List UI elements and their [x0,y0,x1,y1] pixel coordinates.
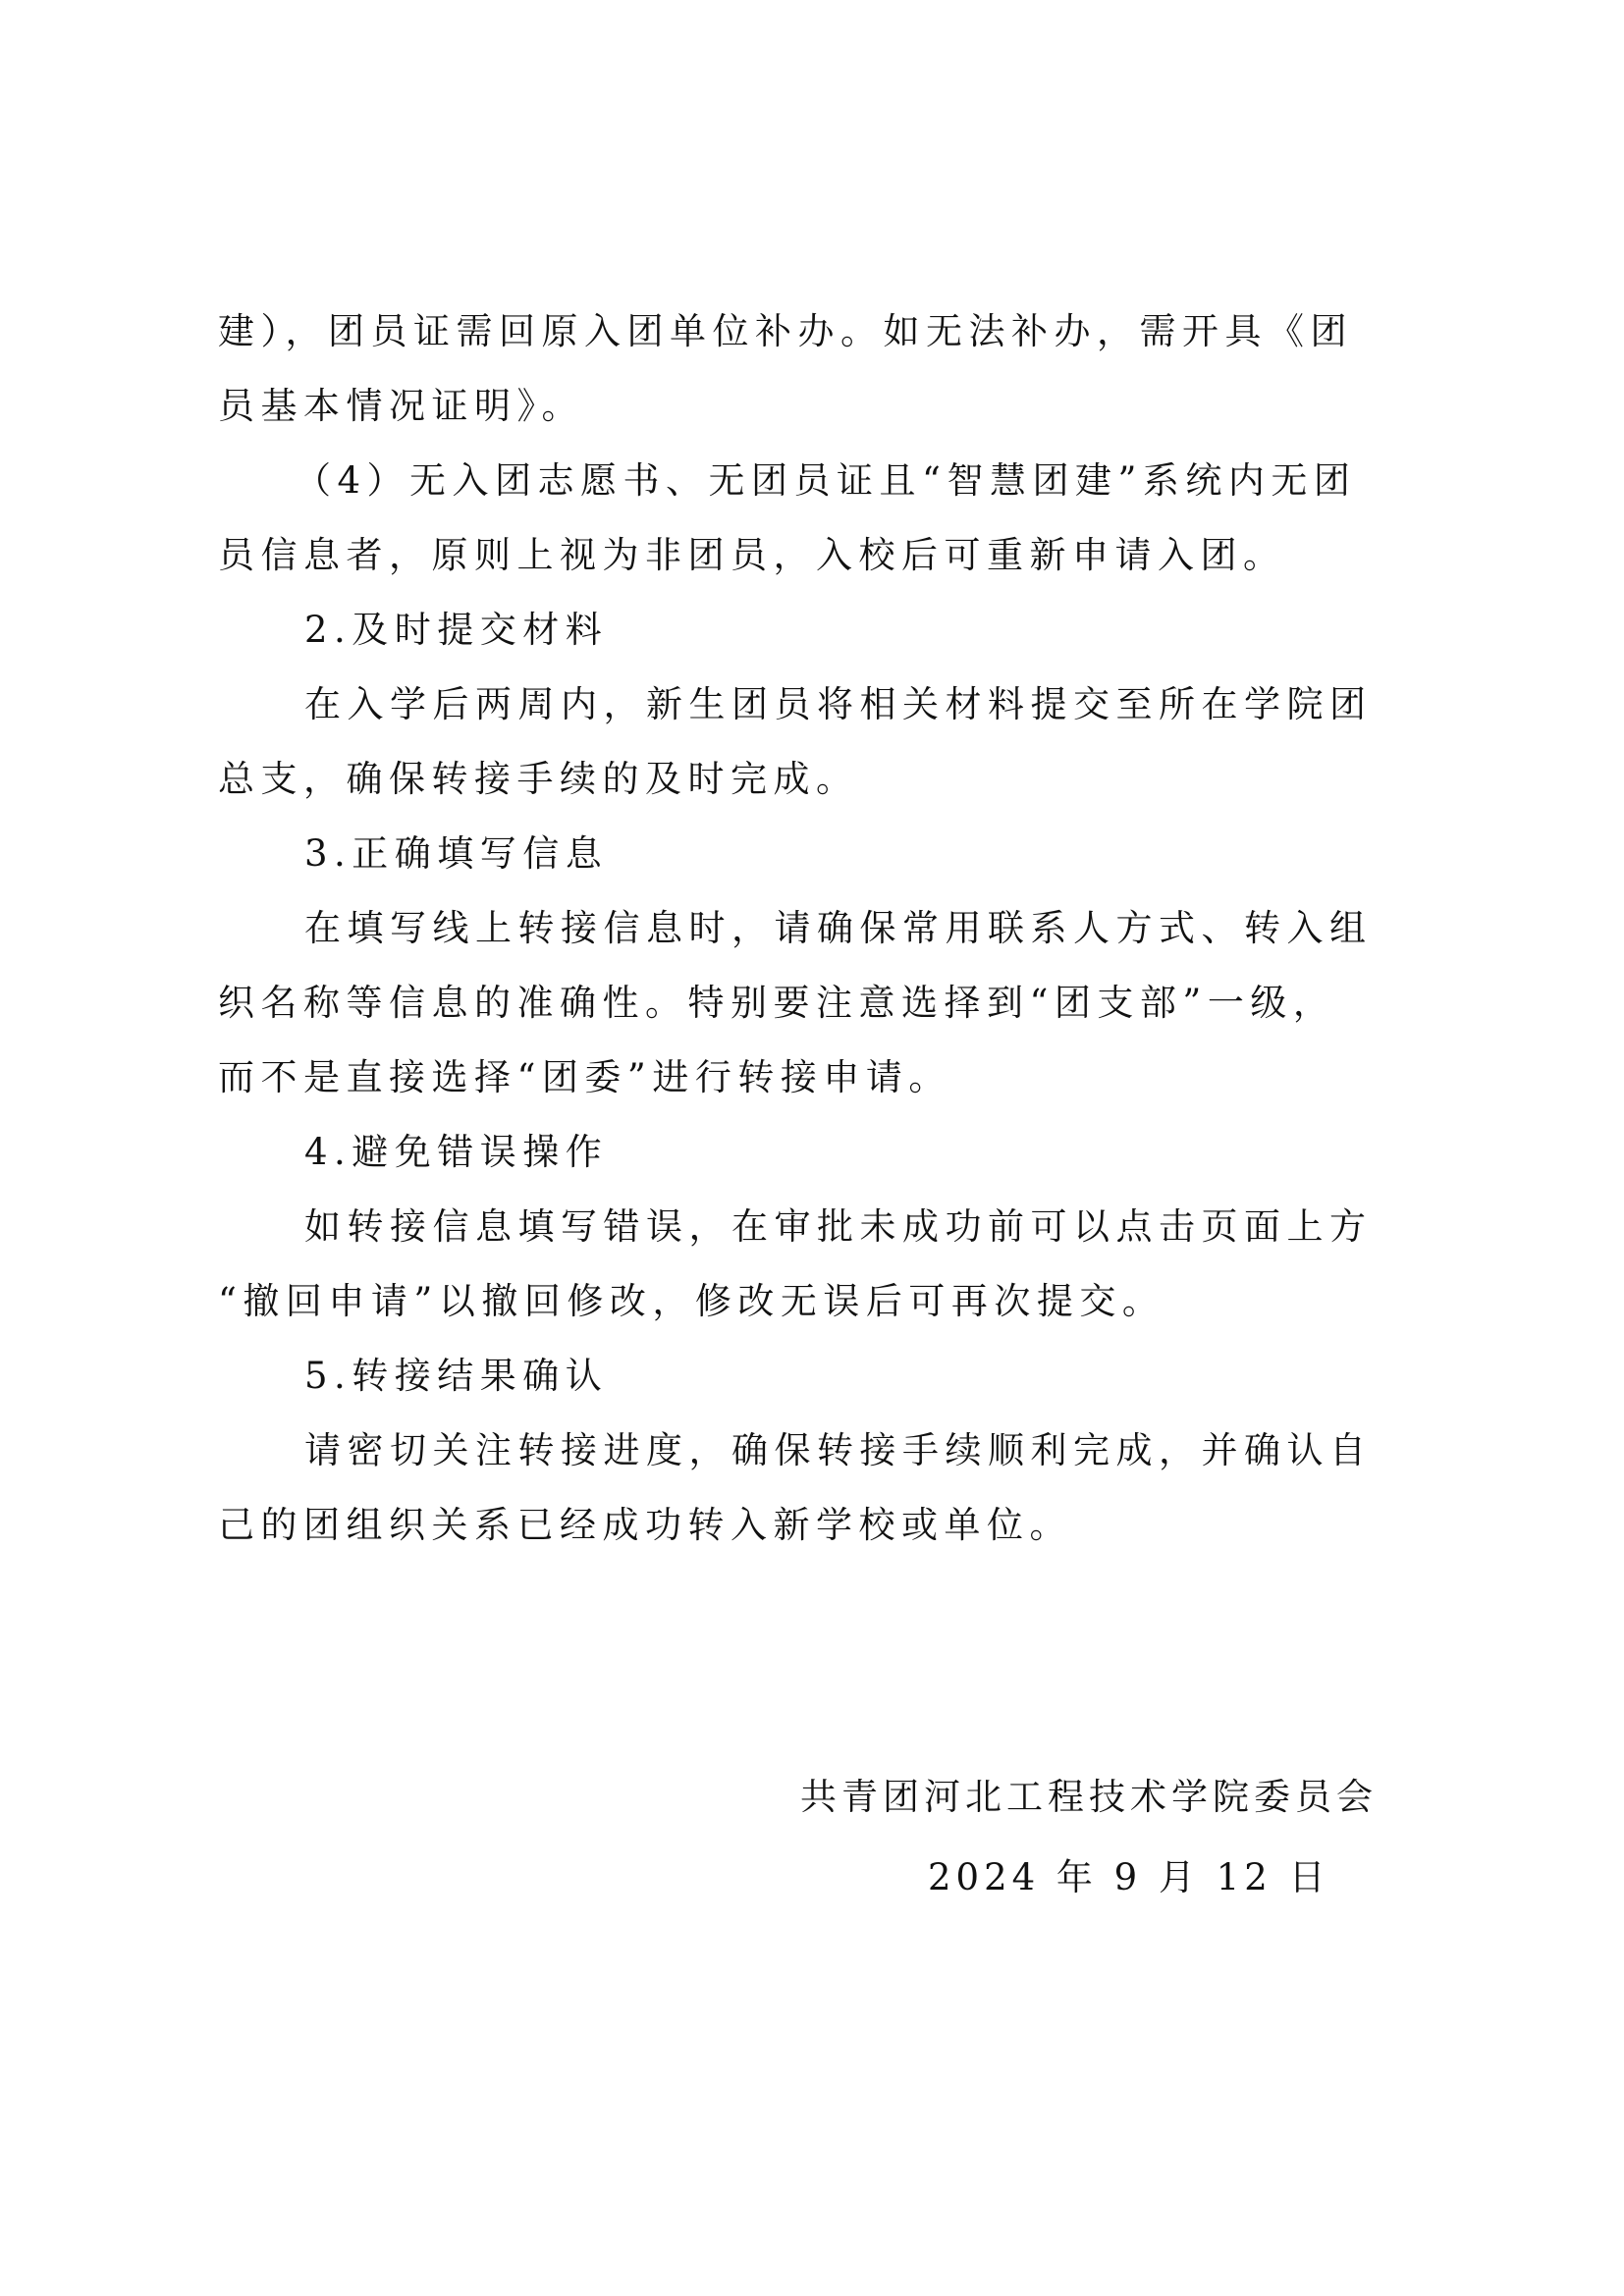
paragraph-item-3-continued: 建），团员证需回原入团单位补办。如无法补办，需开具《团 员基本情况证明》。 [218,294,1428,444]
text-line: 织名称等信息的准确性。特别要注意选择到“团支部”一级， [218,966,1428,1041]
section-2: 2.及时提交材料 在入学后两周内，新生团员将相关材料提交至所在学院团 总支，确保… [218,593,1428,817]
text-line: 员基本情况证明》。 [218,369,1428,444]
section-heading: 2.及时提交材料 [218,593,1428,667]
paragraph-item-4: （4）无入团志愿书、无团员证且“智慧团建”系统内无团 员信息者，原则上视为非团员… [218,444,1428,593]
signature-block: 共青团河北工程技术学院委员会 2024 年 9 月 12 日 [800,1757,1429,1918]
text-line: （4）无入团志愿书、无团员证且“智慧团建”系统内无团 [218,444,1428,518]
text-line: 建），团员证需回原入团单位补办。如无法补办，需开具《团 [218,294,1428,369]
section-heading: 5.转接结果确认 [218,1339,1428,1414]
document-page: 建），团员证需回原入团单位补办。如无法补办，需开具《团 员基本情况证明》。 （4… [0,0,1624,2296]
section-3: 3.正确填写信息 在填写线上转接信息时，请确保常用联系人方式、转入组 织名称等信… [218,817,1428,1115]
section-heading: 3.正确填写信息 [218,817,1428,891]
text-line: 总支，确保转接手续的及时完成。 [218,742,1428,817]
section-5: 5.转接结果确认 请密切关注转接进度，确保转接手续顺利完成，并确认自 己的团组织… [218,1339,1428,1563]
issue-date: 2024 年 9 月 12 日 [800,1838,1429,1918]
text-line: 而不是直接选择“团委”进行转接申请。 [218,1041,1428,1115]
text-line: “撤回申请”以撤回修改，修改无误后可再次提交。 [218,1264,1428,1339]
text-line: 在填写线上转接信息时，请确保常用联系人方式、转入组 [218,891,1428,966]
section-heading: 4.避免错误操作 [218,1115,1428,1190]
text-line: 在入学后两周内，新生团员将相关材料提交至所在学院团 [218,667,1428,742]
document-body: 建），团员证需回原入团单位补办。如无法补办，需开具《团 员基本情况证明》。 （4… [218,294,1428,1563]
section-4: 4.避免错误操作 如转接信息填写错误，在审批未成功前可以点击页面上方 “撤回申请… [218,1115,1428,1339]
text-line: 如转接信息填写错误，在审批未成功前可以点击页面上方 [218,1190,1428,1264]
text-line: 请密切关注转接进度，确保转接手续顺利完成，并确认自 [218,1414,1428,1488]
text-line: 己的团组织关系已经成功转入新学校或单位。 [218,1488,1428,1563]
text-line: 员信息者，原则上视为非团员，入校后可重新申请入团。 [218,518,1428,593]
issuing-organization: 共青团河北工程技术学院委员会 [800,1757,1429,1838]
